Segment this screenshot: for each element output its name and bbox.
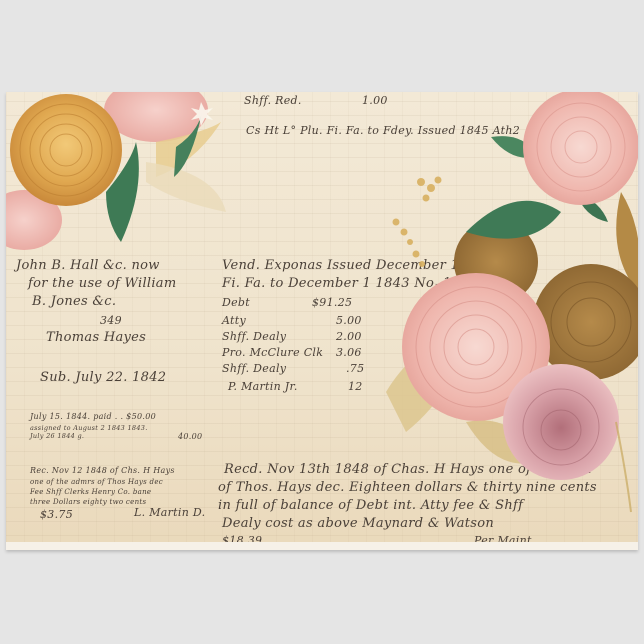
decoupage-paper-sheet: Shff. Red. 1.00 Cs Ht L° Plu. Fi. Fa. to… bbox=[6, 92, 638, 550]
ink-row-label-debt: Debt bbox=[222, 296, 250, 309]
ink-receipt-left-4: three Dollars eighty two cents bbox=[30, 498, 146, 506]
ink-receipt-left-1: Rec. Nov 12 1848 of Chs. H Hays bbox=[30, 466, 175, 475]
ink-row-label-atty: Atty bbox=[222, 314, 246, 327]
ink-note-2: assigned to August 2 1843 1843. bbox=[30, 424, 148, 432]
ink-row-label-clerk: Pro. McClure Clk bbox=[222, 346, 323, 359]
ink-receipt-bottom-6: Per Maint. bbox=[474, 534, 536, 547]
ink-row-label-martin: P. Martin Jr. bbox=[228, 380, 298, 393]
ink-left-line-4: 349 bbox=[100, 314, 122, 327]
ink-receipt-left-3: Fee Shff Clerks Henry Co. bane bbox=[30, 488, 151, 496]
top-left-floral-cluster bbox=[6, 92, 246, 262]
ink-left-line-3: B. Jones &c. bbox=[32, 294, 116, 309]
ink-note-3: July 26 1844 g. bbox=[30, 432, 84, 440]
ink-row-label-shff-2: Shff. Dealy bbox=[222, 362, 286, 375]
ink-line-shff-red: Shff. Red. bbox=[244, 94, 302, 107]
ink-left-line-6: Sub. July 22. 1842 bbox=[40, 370, 166, 385]
ink-note-1: July 15. 1844. paid . . $50.00 bbox=[30, 412, 156, 421]
ink-left-line-5: Thomas Hayes bbox=[46, 330, 146, 345]
ink-left-line-2: for the use of William bbox=[28, 276, 177, 291]
ink-receipt-bottom-5: $18.39 bbox=[222, 534, 262, 547]
ink-row-label-shff-1: Shff. Dealy bbox=[222, 330, 286, 343]
ink-note-4: 40.00 bbox=[178, 432, 202, 441]
ink-receipt-left-6: L. Martin D. bbox=[134, 506, 205, 519]
ink-receipt-left-2: one of the admrs of Thos Hays dec bbox=[30, 478, 163, 486]
ink-receipt-left-5: $3.75 bbox=[40, 508, 73, 521]
right-floral-cluster bbox=[326, 92, 638, 532]
